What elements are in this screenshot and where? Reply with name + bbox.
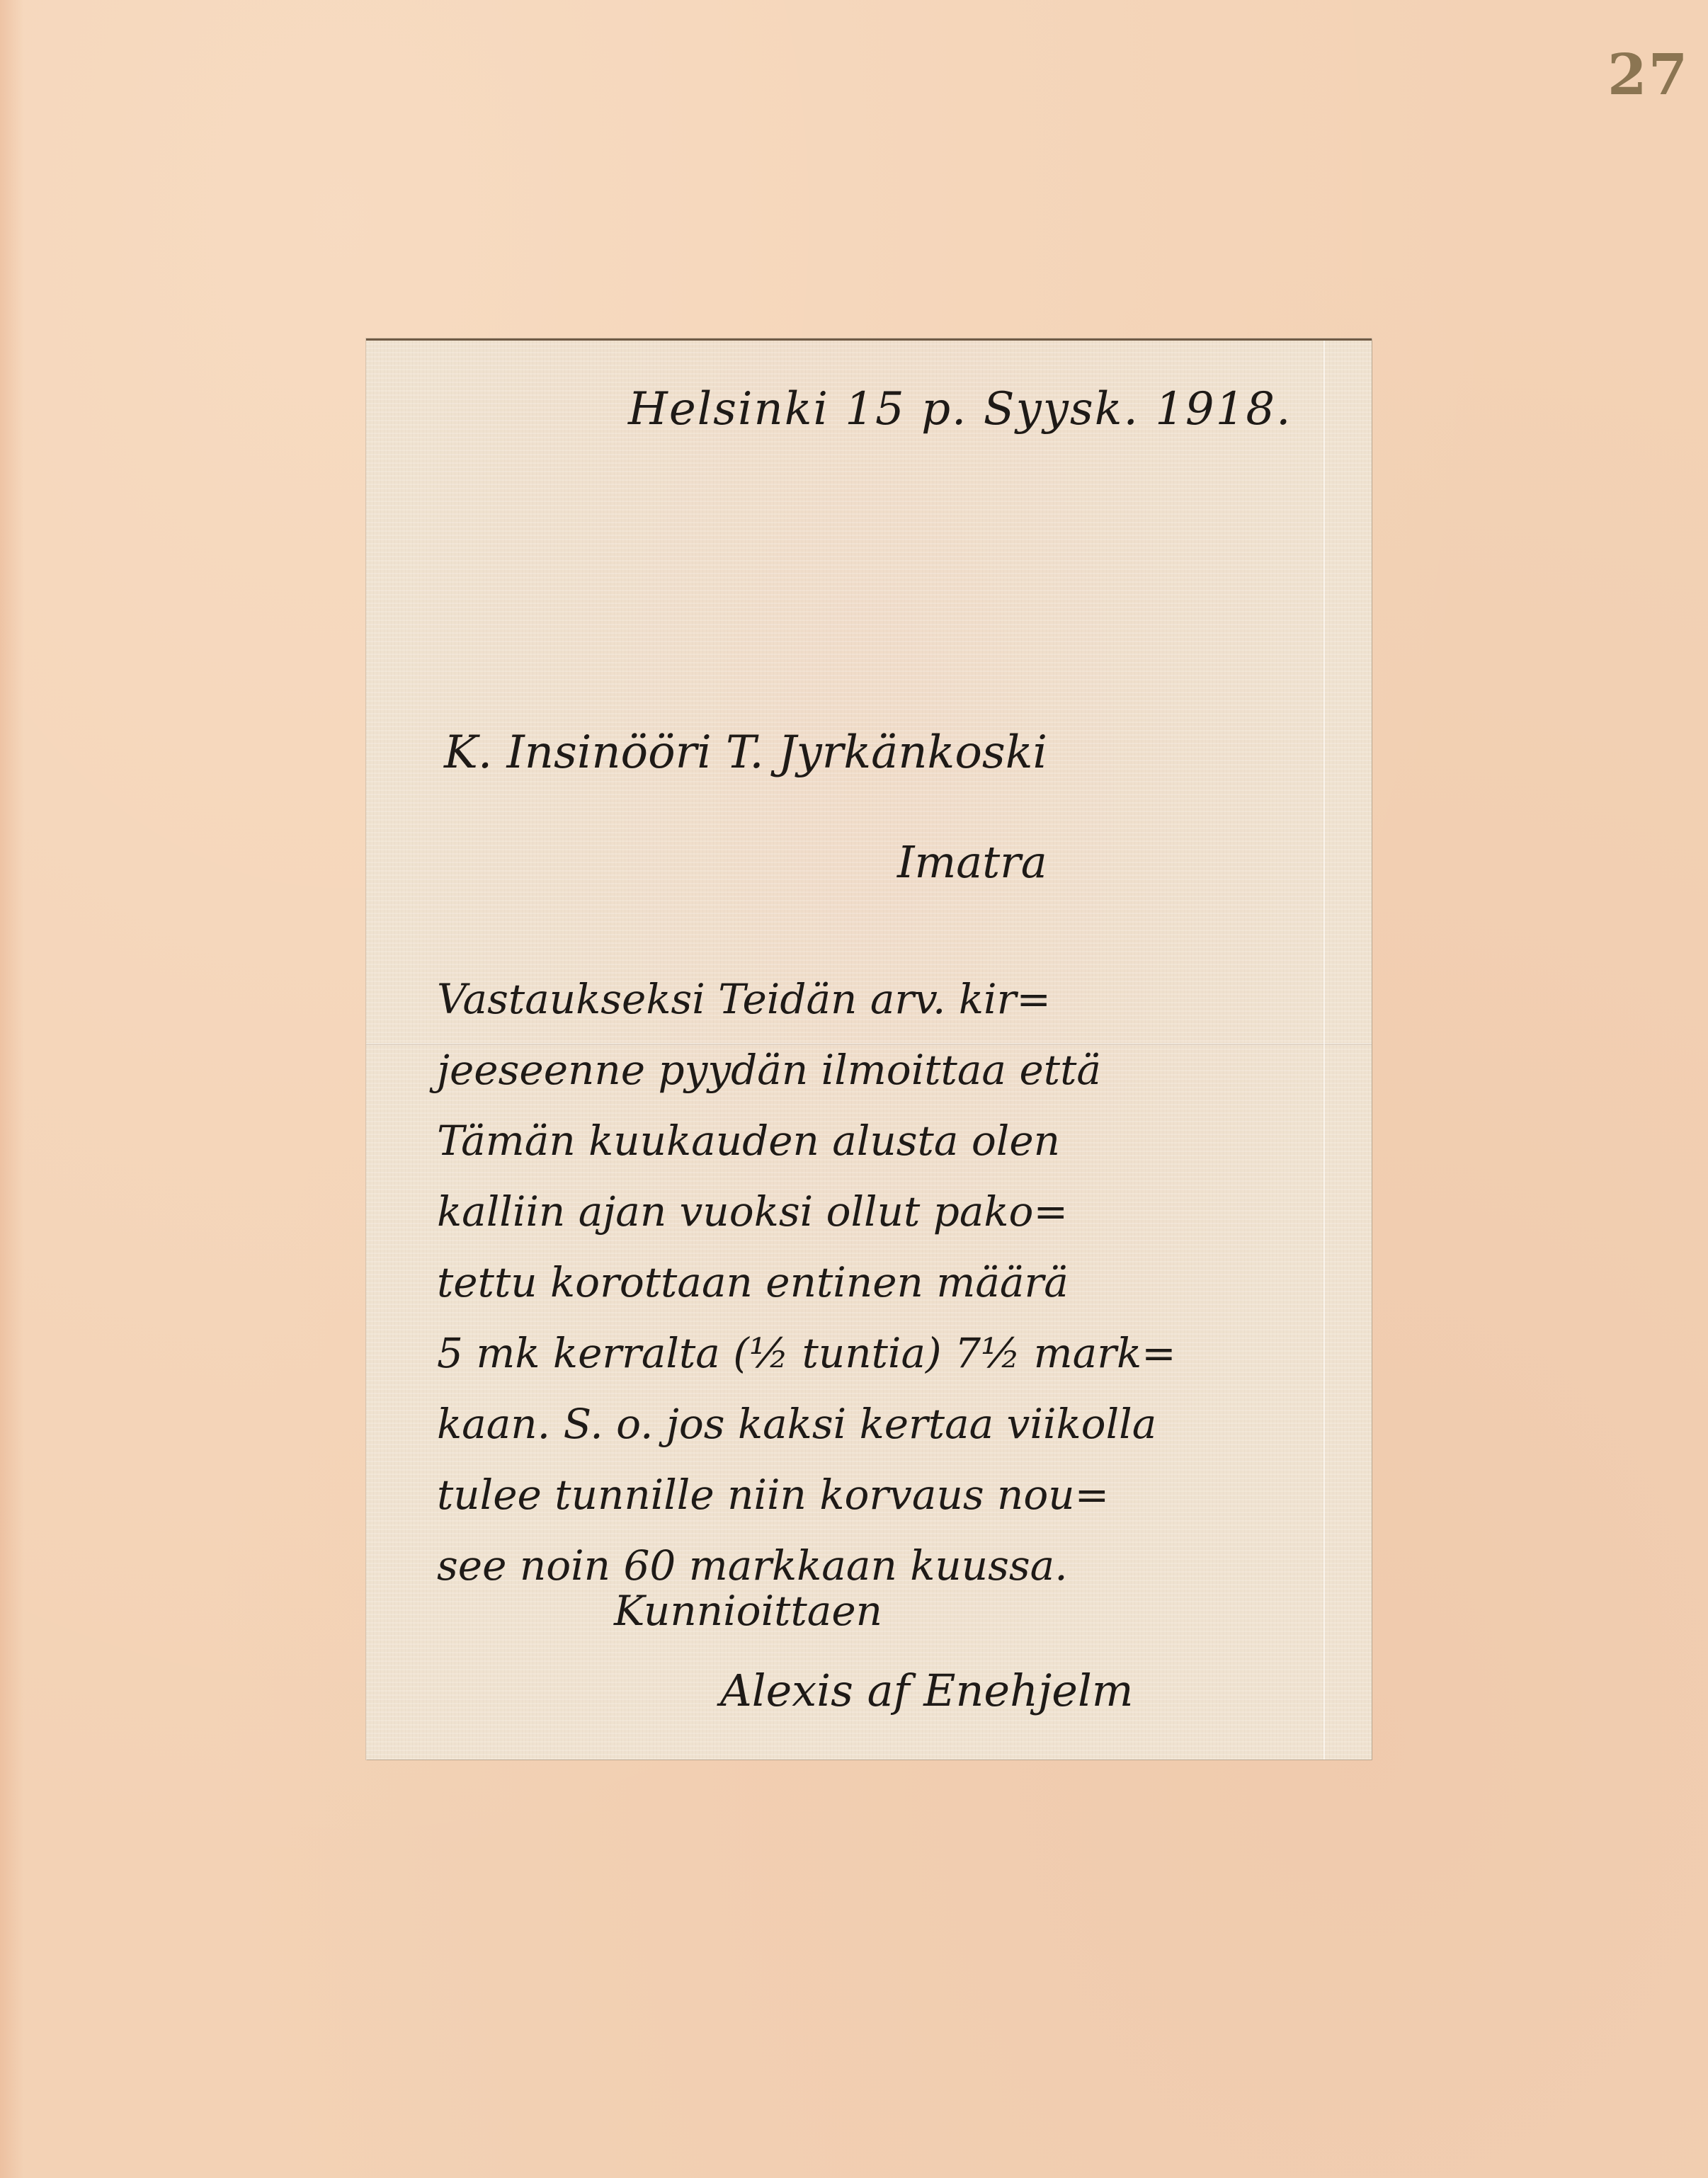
page-number: 27 [1607,41,1689,108]
letter-body-line: tulee tunnille niin korvaus nou= [437,1459,1176,1530]
letter-addressee: K. Insinööri T. Jyrkänkoski [444,726,1047,779]
letter-body-line: kalliin ajan vuoksi ollut pako= [437,1176,1176,1247]
letter-body-line: tettu korottaan entinen määrä [437,1247,1176,1318]
letter-date-line: Helsinki 15 p. Syysk. 1918. [628,383,1292,435]
letter-body-line: kaan. S. o. jos kaksi kertaa viikolla [437,1389,1176,1459]
letter-place: Imatra [897,836,1047,888]
vertical-fold-line [1323,341,1325,1760]
mount-edge [0,0,24,2178]
letter-signature: Alexis af Enehjelm [720,1665,1134,1716]
letter-body-line: 5 mk kerralta (½ tuntia) 7½ mark= [437,1318,1176,1389]
letter-body-line: jeeseenne pyydän ilmoittaa että [437,1034,1176,1105]
letter-closing: Kunnioittaen [614,1587,882,1635]
letter-body-line: Vastaukseksi Teidän arv. kir= [437,964,1176,1034]
letter-body-line: Tämän kuukauden alusta olen [437,1105,1176,1176]
letter-body: Vastaukseksi Teidän arv. kir= jeeseenne … [437,964,1176,1601]
letter-sheet: Helsinki 15 p. Syysk. 1918. K. Insinööri… [366,338,1372,1760]
